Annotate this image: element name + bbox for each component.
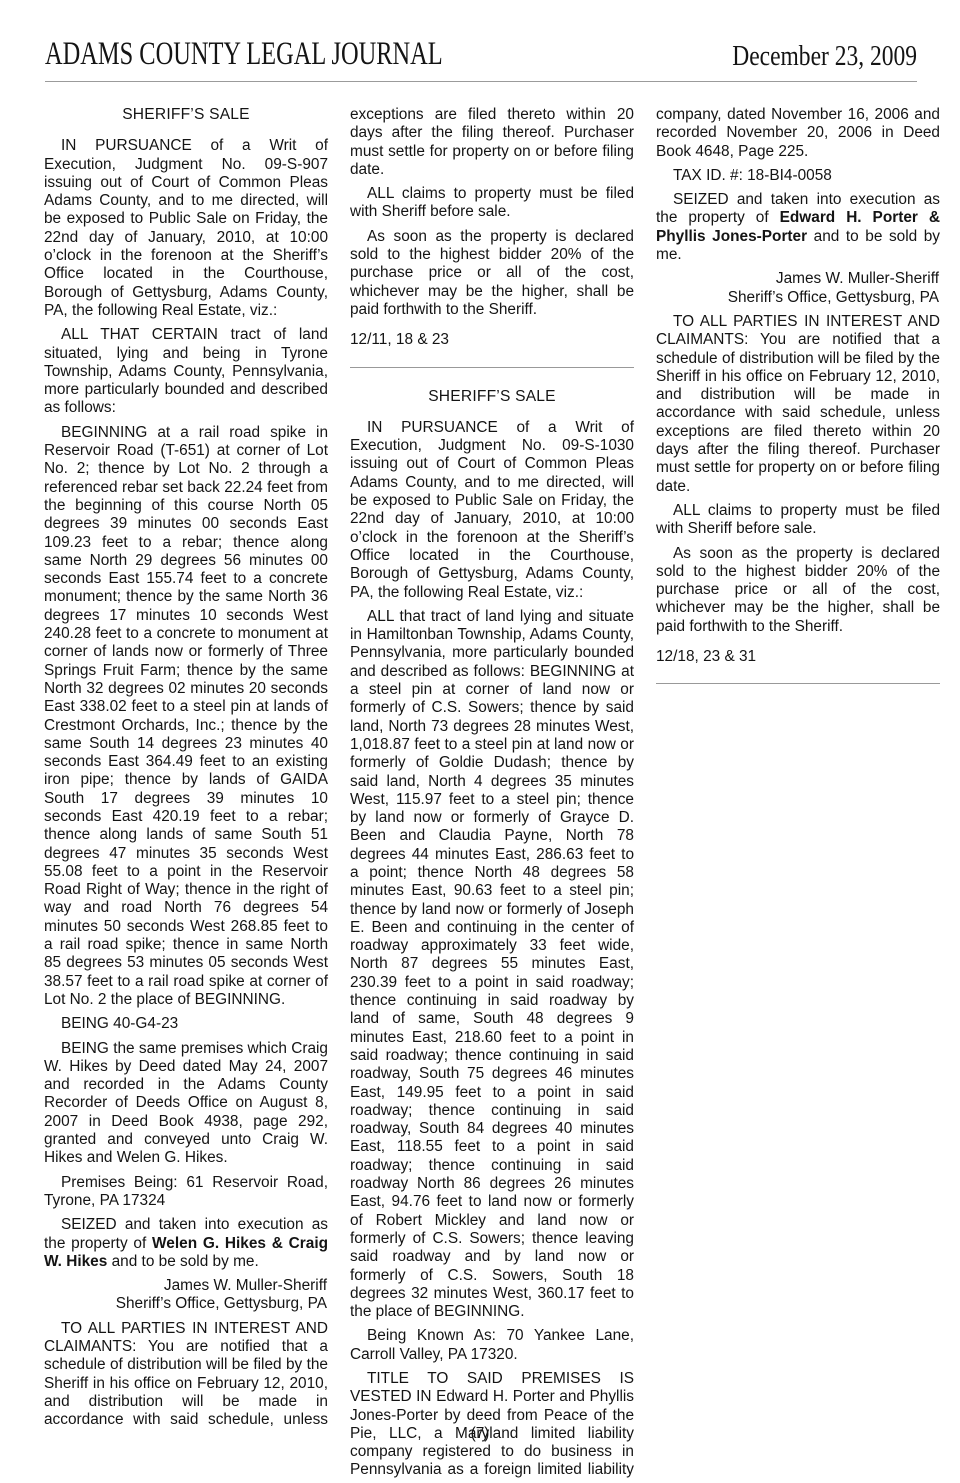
continued-paragraph: exceptions are filed thereto within 20 d… [350,106,634,179]
seized-paragraph: SEIZED and taken into execution as the p… [44,1216,328,1271]
page-number: (7) [471,1425,490,1442]
sheriff-office: Sheriff’s Office, Gettysburg, PA [656,289,939,307]
section-divider [350,367,634,368]
notice-paragraph: IN PURSUANCE of a Writ of Execution, Jud… [350,419,634,602]
notice-paragraph: As soon as the property is declared sold… [656,545,940,636]
notice-columns: SHERIFF’S SALE IN PURSUANCE of a Writ of… [44,106,936,1483]
seized-suffix: and to be sold by me. [107,1253,258,1270]
publication-dates: 12/11, 18 & 23 [350,331,634,349]
notice-paragraph: ALL claims to property must be filed wit… [350,185,634,222]
column-1: SHERIFF’S SALE IN PURSUANCE of a Writ of… [44,106,328,1483]
sale-heading-2: SHERIFF’S SALE [350,388,634,406]
signature-block: James W. Muller-Sheriff Sheriff’s Office… [656,270,940,307]
column-2: exceptions are filed thereto within 20 d… [350,106,634,1483]
notice-paragraph: ALL claims to property must be filed wit… [656,502,940,539]
notice-paragraph: BEING the same premises which Craig W. H… [44,1040,328,1168]
issue-date: December 23, 2009 [732,43,917,71]
parcel-id-line: BEING 40-G4-23 [44,1015,328,1033]
metes-bounds-paragraph: BEGINNING at a rail road spike in Reserv… [44,424,328,1010]
page-footer: (7) [0,1425,960,1443]
journal-page: ADAMS COUNTY LEGAL JOURNAL December 23, … [0,0,960,1483]
publication-dates: 12/18, 23 & 31 [656,648,940,666]
notice-paragraph: ALL THAT CERTAIN tract of land situated,… [44,326,328,417]
signature-block: James W. Muller-Sheriff Sheriff’s Office… [44,1277,328,1314]
column-3: company, dated November 16, 2006 and rec… [656,106,940,1483]
premises-line: Premises Being: 61 Reservoir Road, Tyron… [44,1174,328,1211]
notice-paragraph: As soon as the property is declared sold… [350,228,634,319]
claimants-paragraph: TO ALL PARTIES IN INTEREST AND CLAIMANTS… [656,313,940,496]
section-divider [656,683,940,684]
sheriff-name: James W. Muller-Sheriff [656,270,939,288]
claimants-paragraph: TO ALL PARTIES IN INTEREST AND CLAIMANTS… [44,1320,328,1430]
notice-paragraph: IN PURSUANCE of a Writ of Execution, Jud… [44,137,328,320]
tax-id-line: TAX ID. #: 18-BI4-0058 [656,167,940,185]
sheriff-office: Sheriff’s Office, Gettysburg, PA [44,1295,327,1313]
premises-line: Being Known As: 70 Yankee Lane, Carroll … [350,1327,634,1364]
seized-paragraph: SEIZED and taken into execution as the p… [656,191,940,264]
continued-paragraph: company, dated November 16, 2006 and rec… [656,106,940,161]
journal-title: ADAMS COUNTY LEGAL JOURNAL [45,38,443,71]
metes-bounds-paragraph: ALL that tract of land lying and situate… [350,608,634,1322]
masthead: ADAMS COUNTY LEGAL JOURNAL December 23, … [45,0,917,82]
sheriff-name: James W. Muller-Sheriff [44,1277,327,1295]
sale-heading-1: SHERIFF’S SALE [44,106,328,124]
